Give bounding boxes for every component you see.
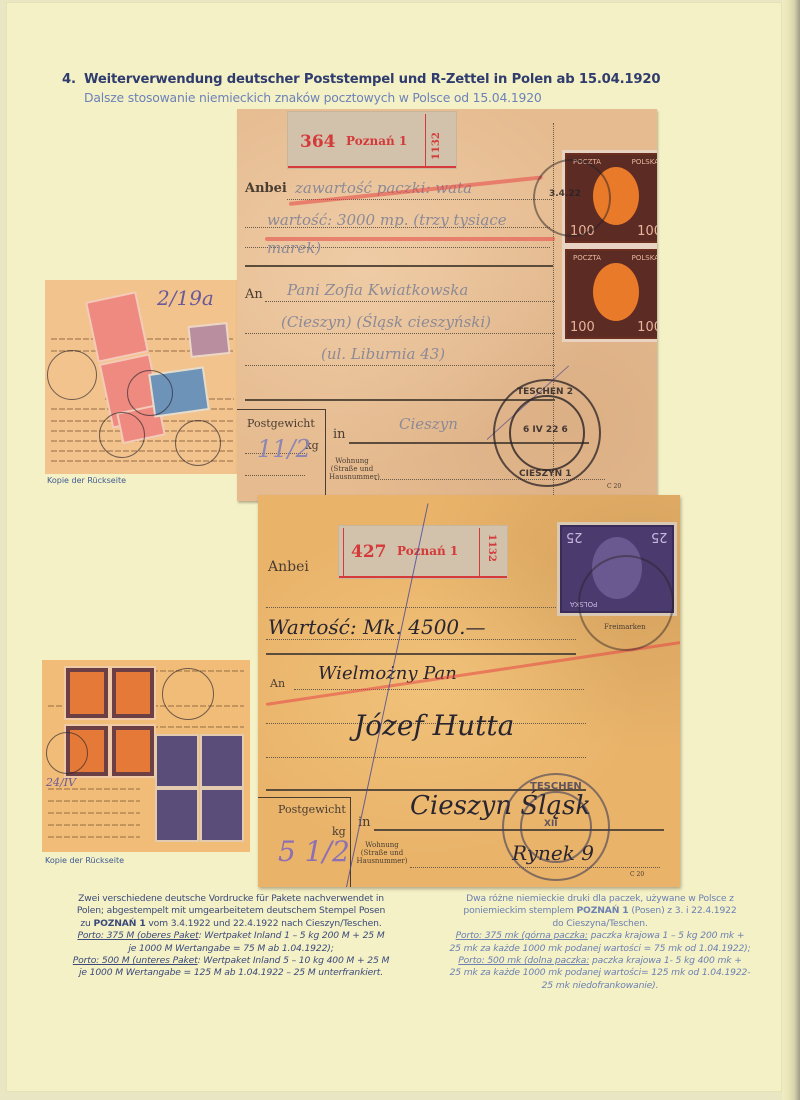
- caption-back-copy-bottom: Kopie der Rückseite: [45, 856, 124, 865]
- stamp-icon: [66, 668, 108, 718]
- back-copy-top: 2/19a: [45, 280, 240, 474]
- section-number: 4.: [62, 72, 84, 87]
- back-note: 2/19a: [157, 286, 214, 310]
- description-german: Zwei verschiedene deutsche Vordrucke für…: [46, 893, 416, 980]
- parcel-card-bottom: 427 Poznań 1 1132 Anbei An Postgewicht k…: [258, 495, 680, 887]
- postmark-icon: [127, 370, 173, 416]
- postmark-arrival: TESCHEN 2 6 IV 22 6 CIESZYN 1: [493, 379, 601, 487]
- handwriting-street: (ul. Liburnia 43): [321, 345, 445, 363]
- handwriting-city: Cieszyn: [399, 415, 458, 433]
- postmark-icon: [47, 350, 97, 400]
- stamp-icon: [112, 668, 154, 718]
- postmark-departure: [578, 555, 674, 651]
- handwriting-value: Wartość: Mk. 4500.—: [268, 615, 486, 639]
- handwriting-value-cont: marek): [267, 239, 321, 257]
- stamp-icon: [190, 324, 229, 356]
- stamp-icon: [157, 790, 197, 840]
- postmark-arrival: TESCHEN XII: [502, 773, 610, 881]
- parcel-card-top: 364 Poznań 1 1132 Anbei An Postgewicht k…: [237, 109, 657, 501]
- postmark-departure: 3.4.22: [533, 159, 611, 237]
- title-german: 4.Weiterverwendung deutscher Poststempel…: [62, 72, 660, 87]
- postmark-icon: [162, 668, 214, 720]
- handwriting-value: wartość: 3000 mp. (trzy tysiące: [267, 211, 507, 229]
- handwriting-address-region: (Cieszyn) (Śląsk cieszyński): [281, 313, 491, 331]
- stamp-icon: [202, 736, 242, 786]
- registration-label: 427 Poznań 1 1132: [338, 525, 508, 579]
- page-header: 4.Weiterverwendung deutscher Poststempel…: [62, 72, 660, 105]
- registration-label: 364 Poznań 1 1132: [287, 111, 457, 169]
- back-copy-bottom: 24/IV: [42, 660, 250, 852]
- stamp-icon: [112, 726, 154, 776]
- handwriting-weight: 11/2: [257, 435, 311, 463]
- handwriting-addressee: Pani Zofia Kwiatkowska: [287, 281, 468, 299]
- back-note: 24/IV: [46, 776, 76, 789]
- postmark-icon: [46, 732, 88, 774]
- title-polish: Dalsze stosowanie niemieckich znaków poc…: [84, 90, 660, 105]
- stamp-icon: [157, 736, 197, 786]
- caption-back-copy-top: Kopie der Rückseite: [47, 476, 126, 485]
- postmark-icon: [99, 412, 145, 458]
- postmark-icon: [175, 420, 221, 466]
- handwriting-weight: 5 1/2: [278, 835, 350, 868]
- handwriting-title: Wielmożny Pan: [318, 663, 457, 684]
- page-edge: [782, 0, 800, 1100]
- stamp-100-lower: POCZTA POLSKA 100 100: [565, 249, 657, 339]
- description-polish: Dwa różne niemieckie druki dla paczek, u…: [420, 893, 780, 992]
- stamp-icon: [202, 790, 242, 840]
